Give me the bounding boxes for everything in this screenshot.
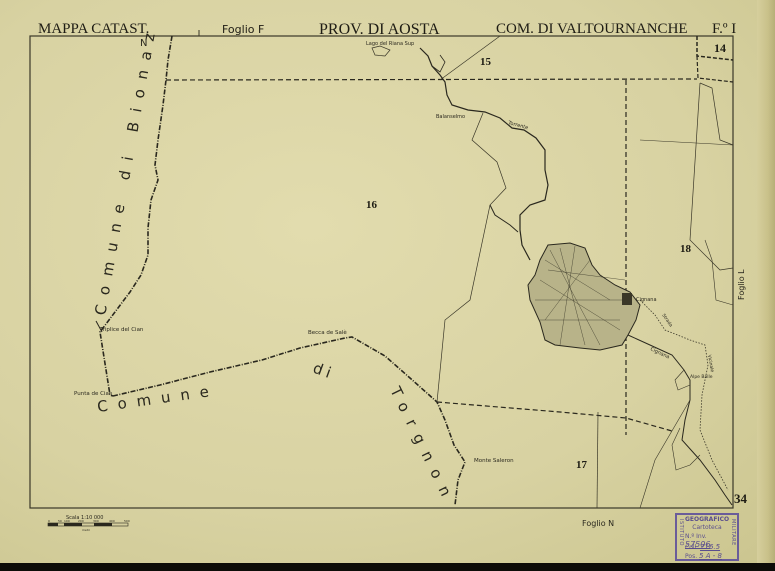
torgnon-label-2: di xyxy=(311,359,338,383)
place-balanselmo: Balanselmo xyxy=(436,114,465,120)
torgnon-label-3: Torgnon xyxy=(386,383,459,508)
svg-text:300: 300 xyxy=(93,519,99,523)
foglio-l-label: Foglio L xyxy=(737,269,746,300)
section-16-label: 16 xyxy=(366,199,378,211)
section-14-label: 14 xyxy=(714,41,726,55)
svg-text:metri: metri xyxy=(82,528,90,532)
place-becca-de-sale: Becca de Salè xyxy=(308,329,347,336)
foglio-n-label: Foglio N xyxy=(582,519,614,528)
lake-icon xyxy=(372,46,390,56)
cadastral-map: N Lago del Riana Sup Balanselmo Torrente… xyxy=(0,0,775,571)
section-boundary-16-17 xyxy=(437,402,672,431)
cignana-road xyxy=(628,335,732,505)
place-monte-saleron: Monte Saleron xyxy=(474,458,514,464)
section-17-label: 17 xyxy=(576,459,588,471)
svg-text:100: 100 xyxy=(64,519,70,523)
svg-text:200: 200 xyxy=(78,519,84,523)
svg-text:0: 0 xyxy=(48,519,50,523)
place-cignana-road: Cignana xyxy=(649,346,670,360)
place-strada: Strada xyxy=(660,313,674,329)
section-15-label: 15 xyxy=(480,56,492,68)
section-18-label: 18 xyxy=(680,243,692,255)
svg-text:500: 500 xyxy=(124,519,130,523)
place-alpe: Alpe Balle xyxy=(690,374,713,380)
place-cignana-village: Cignana xyxy=(636,297,657,303)
scale-bar: Scala 1:10 000 0 50 100 200 300 400 500 … xyxy=(48,515,130,532)
place-lago: Lago del Riana Sup xyxy=(366,41,414,47)
section-34-label: 34 xyxy=(734,491,748,506)
place-triplice: Triplice del Cian xyxy=(99,327,144,333)
institute-stamp: ISTITUTO MILITARE GEOGRAFICO Cartoteca N… xyxy=(675,513,739,561)
svg-text:400: 400 xyxy=(109,519,115,523)
section-boundary-15-16 xyxy=(166,79,697,80)
bionaz-commune-label: Comune di Bionaz xyxy=(91,22,160,317)
torgnon-label-1: Comune xyxy=(96,381,220,416)
svg-text:50: 50 xyxy=(58,519,62,523)
place-vicinale: Vicinale xyxy=(706,354,715,373)
